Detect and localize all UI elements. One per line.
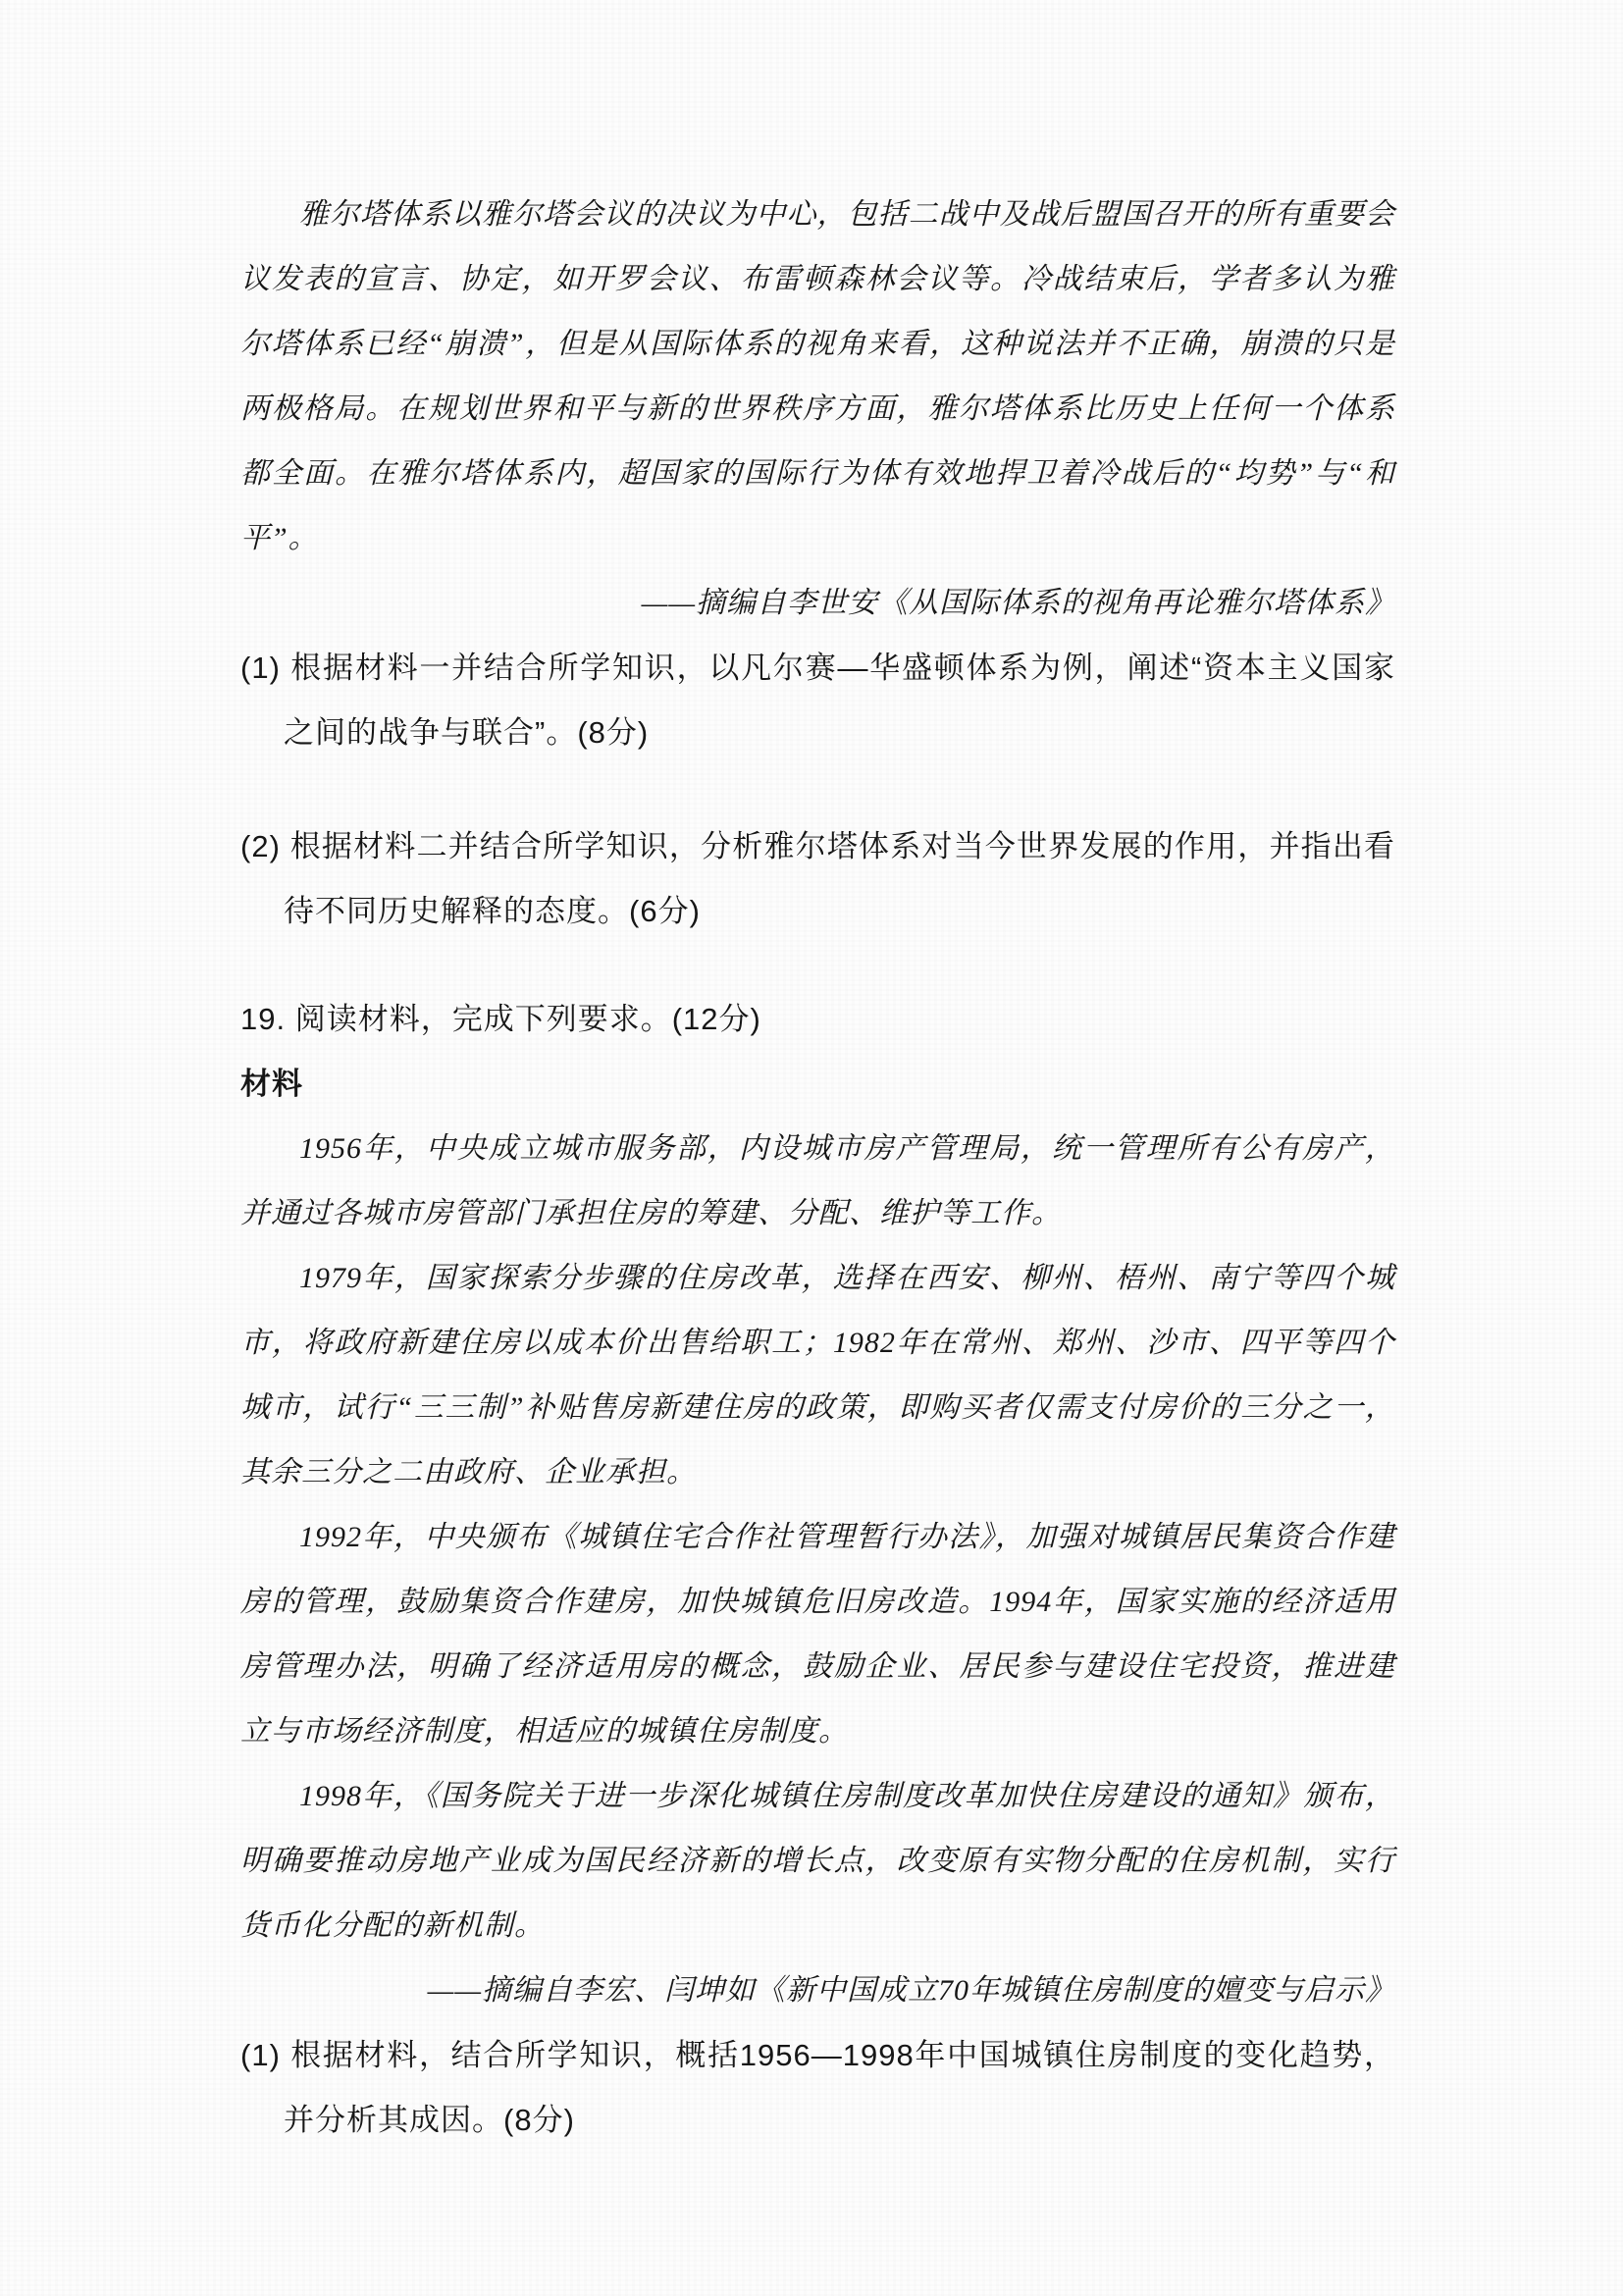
material-paragraph-1992: 1992年，中央颁布《城镇住宅合作社管理暂行办法》，加强对城镇居民集资合作建房的…	[240, 1505, 1395, 1764]
material-source-citation: ——摘编自李宏、闫坤如《新中国成立70年城镇住房制度的嬗变与启示》	[240, 1958, 1395, 2023]
question-18-sub1: (1) 根据材料一并结合所学知识，以凡尔赛—华盛顿体系为例，阐述“资本主义国家之…	[240, 636, 1395, 765]
material-paragraph-1998: 1998年，《国务院关于进一步深化城镇住房制度改革加快住房建设的通知》颁布，明确…	[240, 1764, 1395, 1958]
question-19-sub1-text: 根据材料，结合所学知识，概括1956—1998年中国城镇住房制度的变化趋势，并分…	[284, 2038, 1395, 2137]
material-paragraph-1979: 1979年，国家探索分步骤的住房改革，选择在西安、柳州、梧州、南宁等四个城市，将…	[240, 1246, 1395, 1505]
question-18-sub2-number: (2)	[240, 829, 281, 863]
question-18-sub2: (2) 根据材料二并结合所学知识，分析雅尔塔体系对当今世界发展的作用，并指出看待…	[240, 814, 1395, 944]
question-19-heading: 19. 阅读材料，完成下列要求。(12分)	[240, 987, 1395, 1052]
material-two-paragraph: 雅尔塔体系以雅尔塔会议的决议为中心，包括二战中及战后盟国召开的所有重要会议发表的…	[240, 183, 1395, 571]
question-18-sub1-text: 根据材料一并结合所学知识，以凡尔赛—华盛顿体系为例，阐述“资本主义国家之间的战争…	[284, 651, 1395, 750]
material-paragraph-1956: 1956年，中央成立城市服务部，内设城市房产管理局，统一管理所有公有房产，并通过…	[240, 1117, 1395, 1246]
question-18-sub1-number: (1)	[240, 651, 281, 685]
question-18-sub2-text: 根据材料二并结合所学知识，分析雅尔塔体系对当今世界发展的作用，并指出看待不同历史…	[284, 829, 1395, 928]
question-19-sub1: (1) 根据材料，结合所学知识，概括1956—1998年中国城镇住房制度的变化趋…	[240, 2023, 1395, 2153]
material-two-source-citation: ——摘编自李世安《从国际体系的视角再论雅尔塔体系》	[240, 571, 1395, 636]
exam-page: 雅尔塔体系以雅尔塔会议的决议为中心，包括二战中及战后盟国召开的所有重要会议发表的…	[0, 0, 1623, 2296]
material-label: 材料	[240, 1052, 1395, 1117]
question-19-sub1-number: (1)	[240, 2038, 281, 2072]
